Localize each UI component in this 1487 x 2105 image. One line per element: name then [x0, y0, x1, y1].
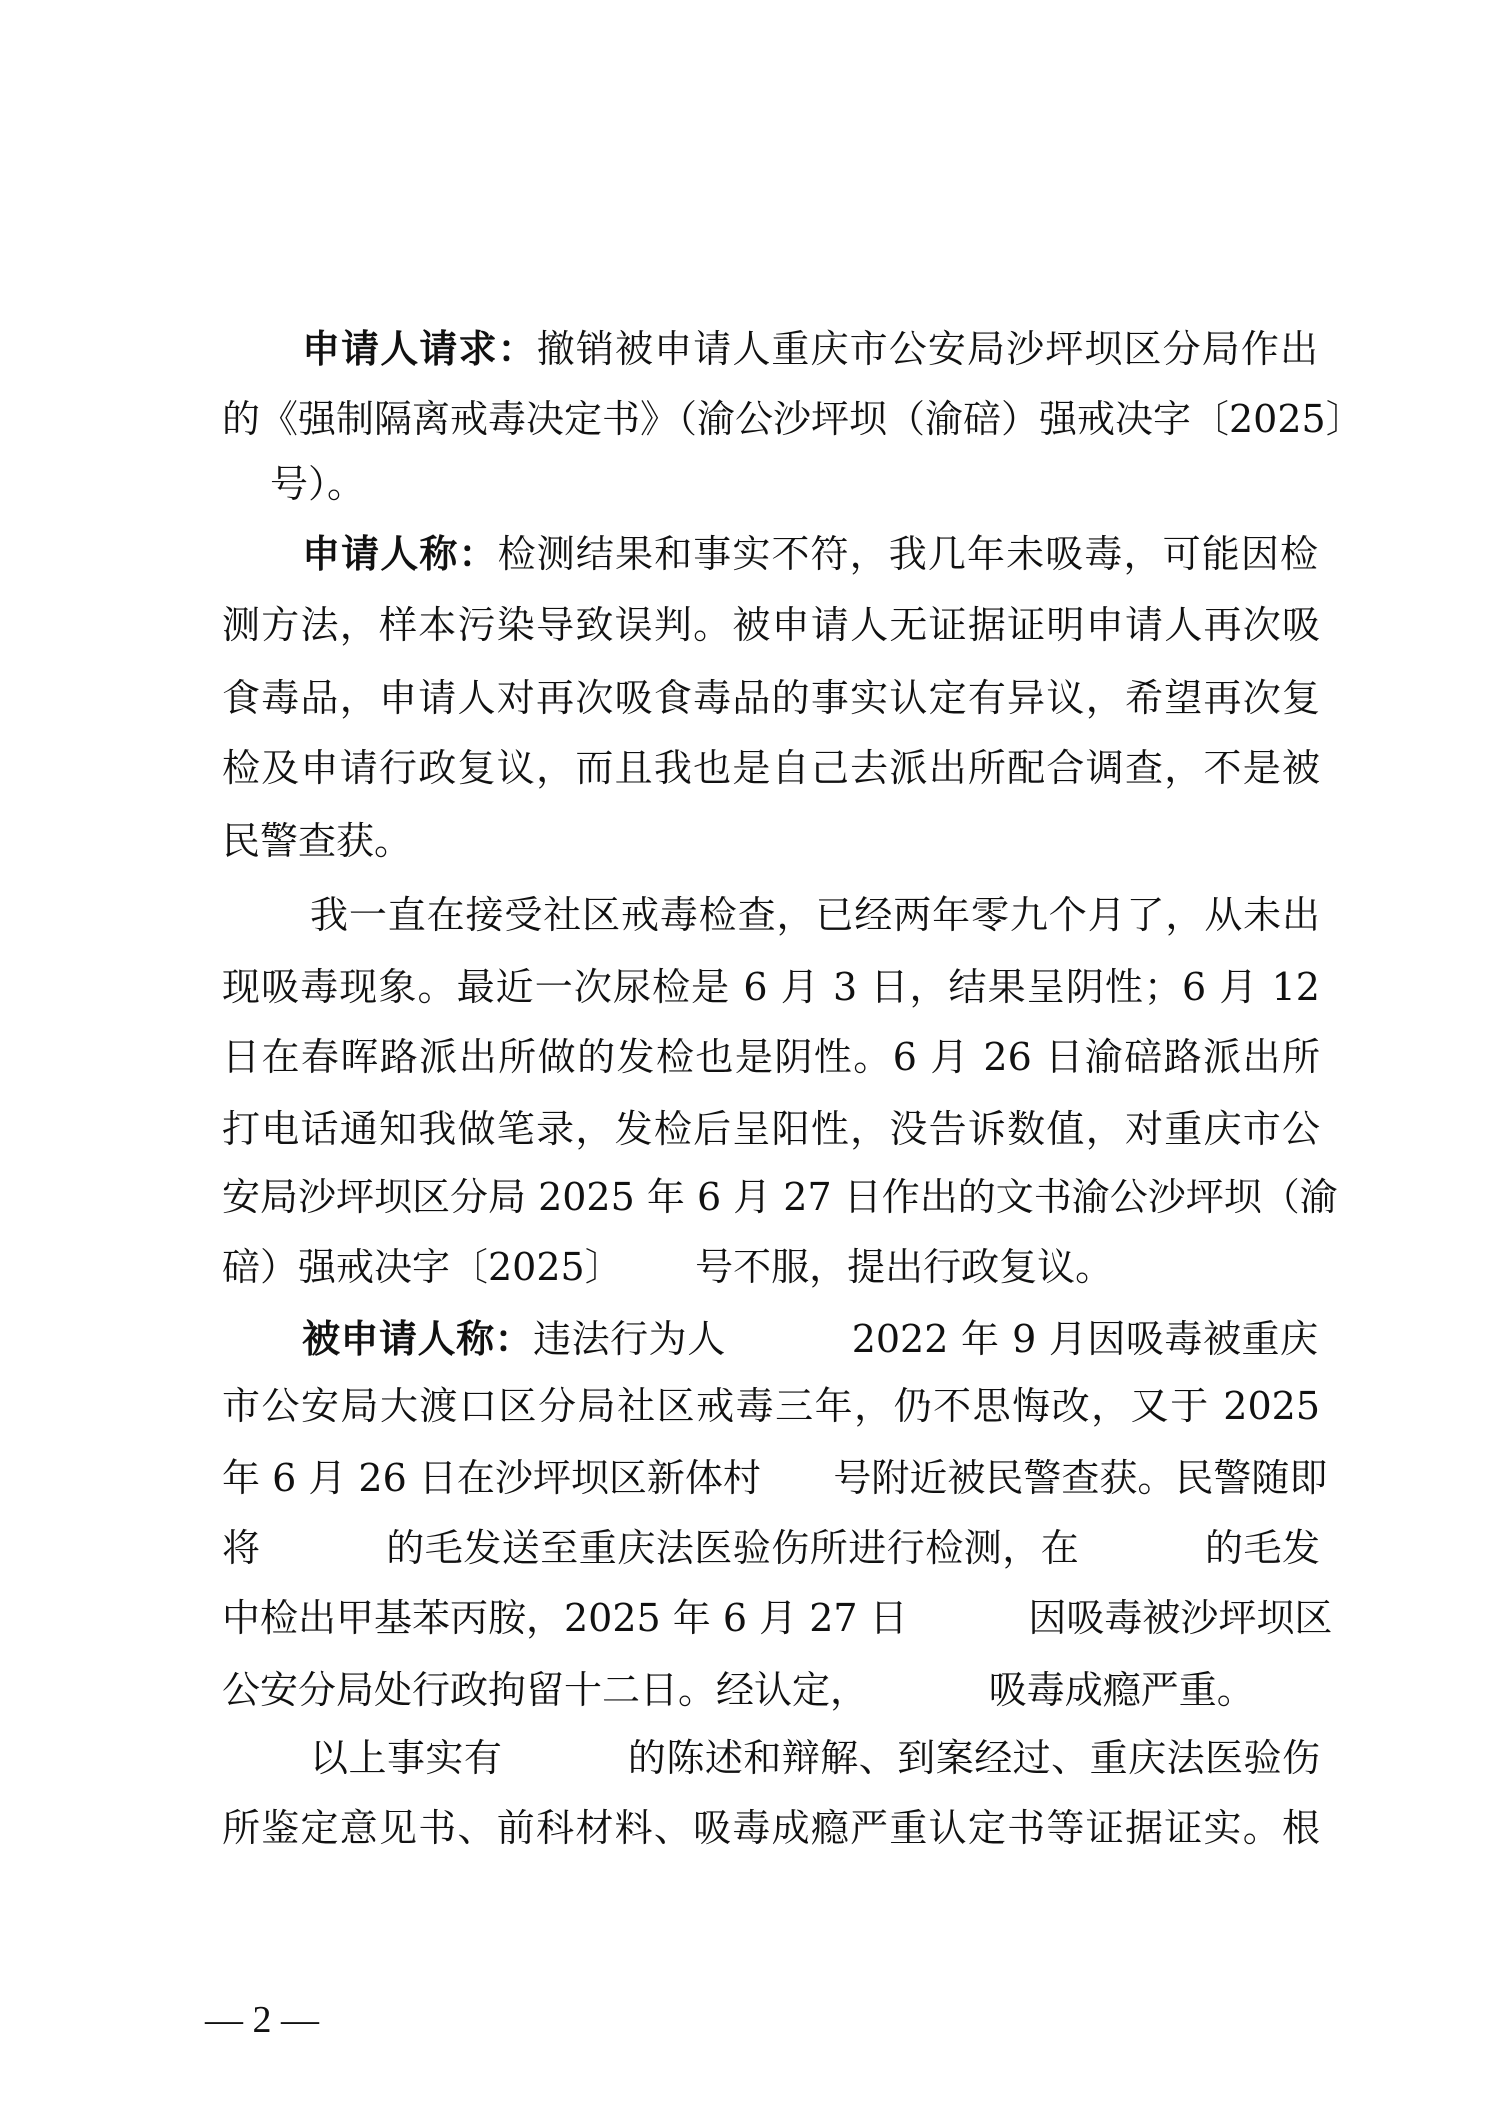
document-page: 申请人请求：撤销被申请人重庆市公安局沙坪坝区分局作出 的《强制隔离戒毒决定书》（… [0, 0, 1487, 2105]
paragraph-line: 测方法，样本污染导致误判。被申请人无证据证明申请人再次吸 [222, 595, 1320, 655]
paragraph-line: 所鉴定意见书、前科材料、吸毒成瘾严重认定书等证据证实。根 [222, 1798, 1320, 1858]
paragraph-line: 被申请人称：违法行为人 2022 年 9 月因吸毒被重庆 [302, 1309, 1318, 1369]
paragraph-line: 安局沙坪坝区分局 2025 年 6 月 27 日作出的文书渝公沙坪坝（渝 [222, 1167, 1320, 1227]
paragraph-line: 民警查获。 [222, 811, 1320, 871]
paragraph-line: 打电话通知我做笔录，发检后呈阳性，没告诉数值，对重庆市公 [222, 1099, 1320, 1159]
paragraph-line: 检及申请行政复议，而且我也是自己去派出所配合调查，不是被 [222, 738, 1320, 798]
applicant-request-label: 申请人请求： [302, 327, 537, 371]
paragraph-line: 日在春晖路派出所做的发检也是阴性。6 月 26 日渝碚路派出所 [222, 1027, 1320, 1087]
paragraph-line: 我一直在接受社区戒毒检查，已经两年零九个月了，从未出 [310, 885, 1320, 945]
paragraph-line: 现吸毒现象。最近一次尿检是 6 月 3 日，结果呈阴性；6 月 12 [222, 957, 1320, 1017]
respondent-statement-label: 被申请人称： [302, 1317, 533, 1361]
paragraph-line: 以上事实有 的陈述和辩解、到案经过、重庆法医验伤 [310, 1728, 1320, 1788]
paragraph-line: 年 6 月 26 日在沙坪坝区新体村 号附近被民警查获。民警随即 [222, 1448, 1320, 1508]
applicant-statement-label: 申请人称： [302, 532, 498, 576]
page-number: — 2 — [205, 1995, 319, 2045]
paragraph-line: 申请人称：检测结果和事实不符，我几年未吸毒，可能因检 [302, 524, 1318, 584]
paragraph-line: 碚）强戒决字〔2025〕 号不服，提出行政复议。 [222, 1237, 1320, 1297]
paragraph-line: 中检出甲基苯丙胺，2025 年 6 月 27 日 因吸毒被沙坪坝区 [222, 1588, 1320, 1648]
paragraph-line: 号）。 [270, 454, 365, 514]
paragraph-line: 公安分局处行政拘留十二日。经认定， 吸毒成瘾严重。 [222, 1660, 1320, 1720]
paragraph-line: 的《强制隔离戒毒决定书》（渝公沙坪坝（渝碚）强戒决字〔2025〕 [222, 389, 1320, 449]
paragraph-line: 食毒品，申请人对再次吸食毒品的事实认定有异议，希望再次复 [222, 668, 1320, 728]
paragraph-line: 市公安局大渡口区分局社区戒毒三年，仍不思悔改，又于 2025 [222, 1376, 1320, 1436]
paragraph-line: 申请人请求：撤销被申请人重庆市公安局沙坪坝区分局作出 [302, 319, 1318, 379]
paragraph-line: 将 的毛发送至重庆法医验伤所进行检测，在 的毛发 [222, 1518, 1320, 1578]
